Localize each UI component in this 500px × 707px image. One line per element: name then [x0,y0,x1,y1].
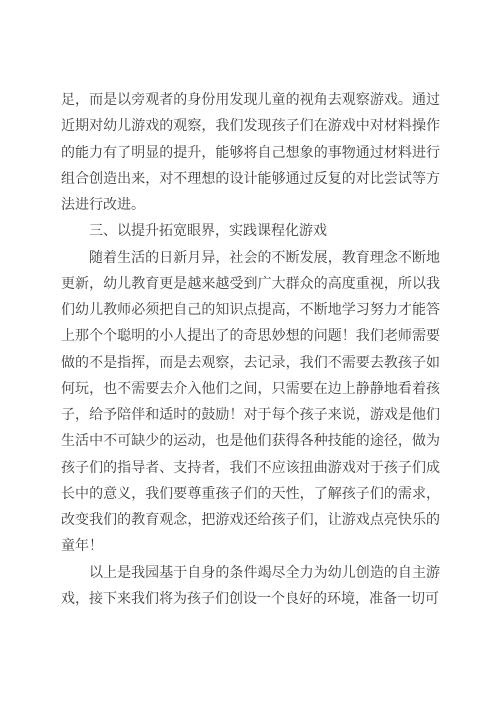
section-heading: 三、以提升拓宽眼界，实践课程化游戏 [61,219,440,245]
document-text-block: 足，而是以旁观者的身份用发现儿童的视角去观察游戏。通过近期对幼儿游戏的观察，我们… [61,88,440,613]
paragraph-body-continuation: 足，而是以旁观者的身份用发现儿童的视角去观察游戏。通过近期对幼儿游戏的观察，我们… [61,88,440,219]
document-page: 足，而是以旁观者的身份用发现儿童的视角去观察游戏。通过近期对幼儿游戏的观察，我们… [0,0,500,707]
paragraph-body: 以上是我园基于自身的条件竭尽全力为幼儿创造的自主游戏，接下来我们将为孩子们创设一… [61,561,440,614]
paragraph-body: 随着生活的日新月异，社会的不断发展，教育理念不断地更新，幼儿教育更是越来越受到广… [61,246,440,561]
